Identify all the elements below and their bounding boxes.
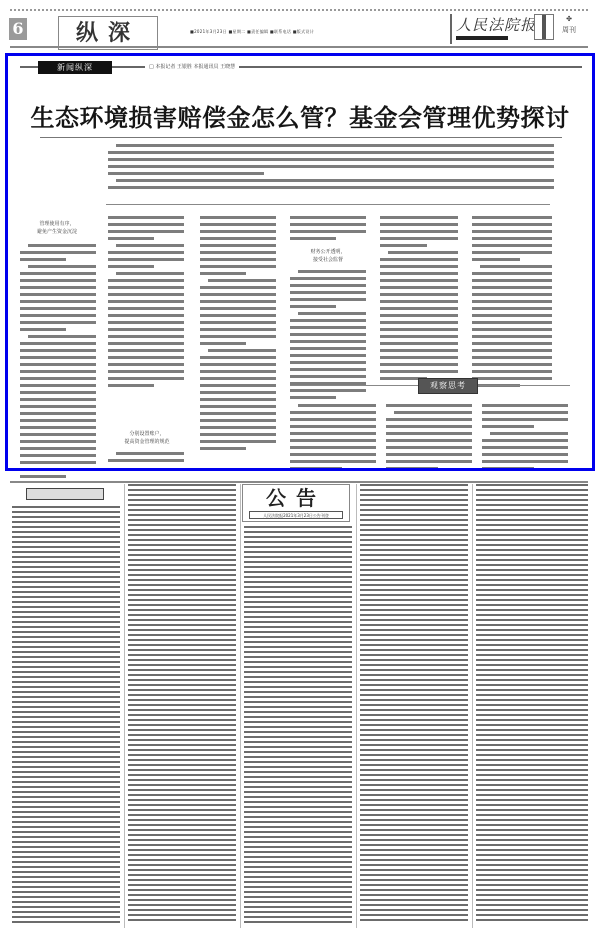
lower-column-1: [12, 506, 120, 928]
section-title: 纵深: [58, 16, 158, 50]
lower-text-4: [360, 484, 468, 924]
lower-headline-box: [26, 488, 104, 500]
page-number: 6: [9, 18, 27, 40]
lower-column-5: [476, 484, 588, 928]
header-dotted-rule: [10, 9, 588, 11]
column-divider: [472, 484, 473, 928]
column-divider: [240, 484, 241, 928]
column-divider: [356, 484, 357, 928]
masthead-illustration-icon: [534, 14, 554, 40]
notice-title: 公告: [243, 485, 349, 511]
lower-column-4: [360, 484, 468, 928]
lower-text-1: [12, 506, 120, 926]
lower-text-2: [128, 484, 236, 924]
notice-header: 公告 人民法院报2021年3月23日公告刊登: [242, 484, 350, 522]
selection-highlight: [5, 53, 595, 471]
lower-rule: [10, 481, 588, 483]
notice-subtitle: 人民法院报2021年3月23日公告刊登: [249, 511, 343, 519]
weekly-label: ✤ 周刊: [562, 14, 576, 36]
header-rule: [10, 46, 588, 48]
weekly-text: 周刊: [562, 25, 576, 36]
lower-column-2: [128, 484, 236, 928]
lower-column-3: [244, 526, 352, 928]
page-header: 6 纵深 ■2021年3月23日 ■星期二 ■责任编辑 ■联系电话 ■版式设计 …: [0, 0, 600, 52]
column-divider: [124, 484, 125, 928]
masthead-band: [456, 36, 508, 40]
header-info-line: ■2021年3月23日 ■星期二 ■责任编辑 ■联系电话 ■版式设计: [190, 29, 314, 35]
lower-text-5: [476, 484, 588, 924]
weekly-emblem-icon: ✤: [562, 14, 576, 25]
lower-text-3: [244, 526, 352, 926]
